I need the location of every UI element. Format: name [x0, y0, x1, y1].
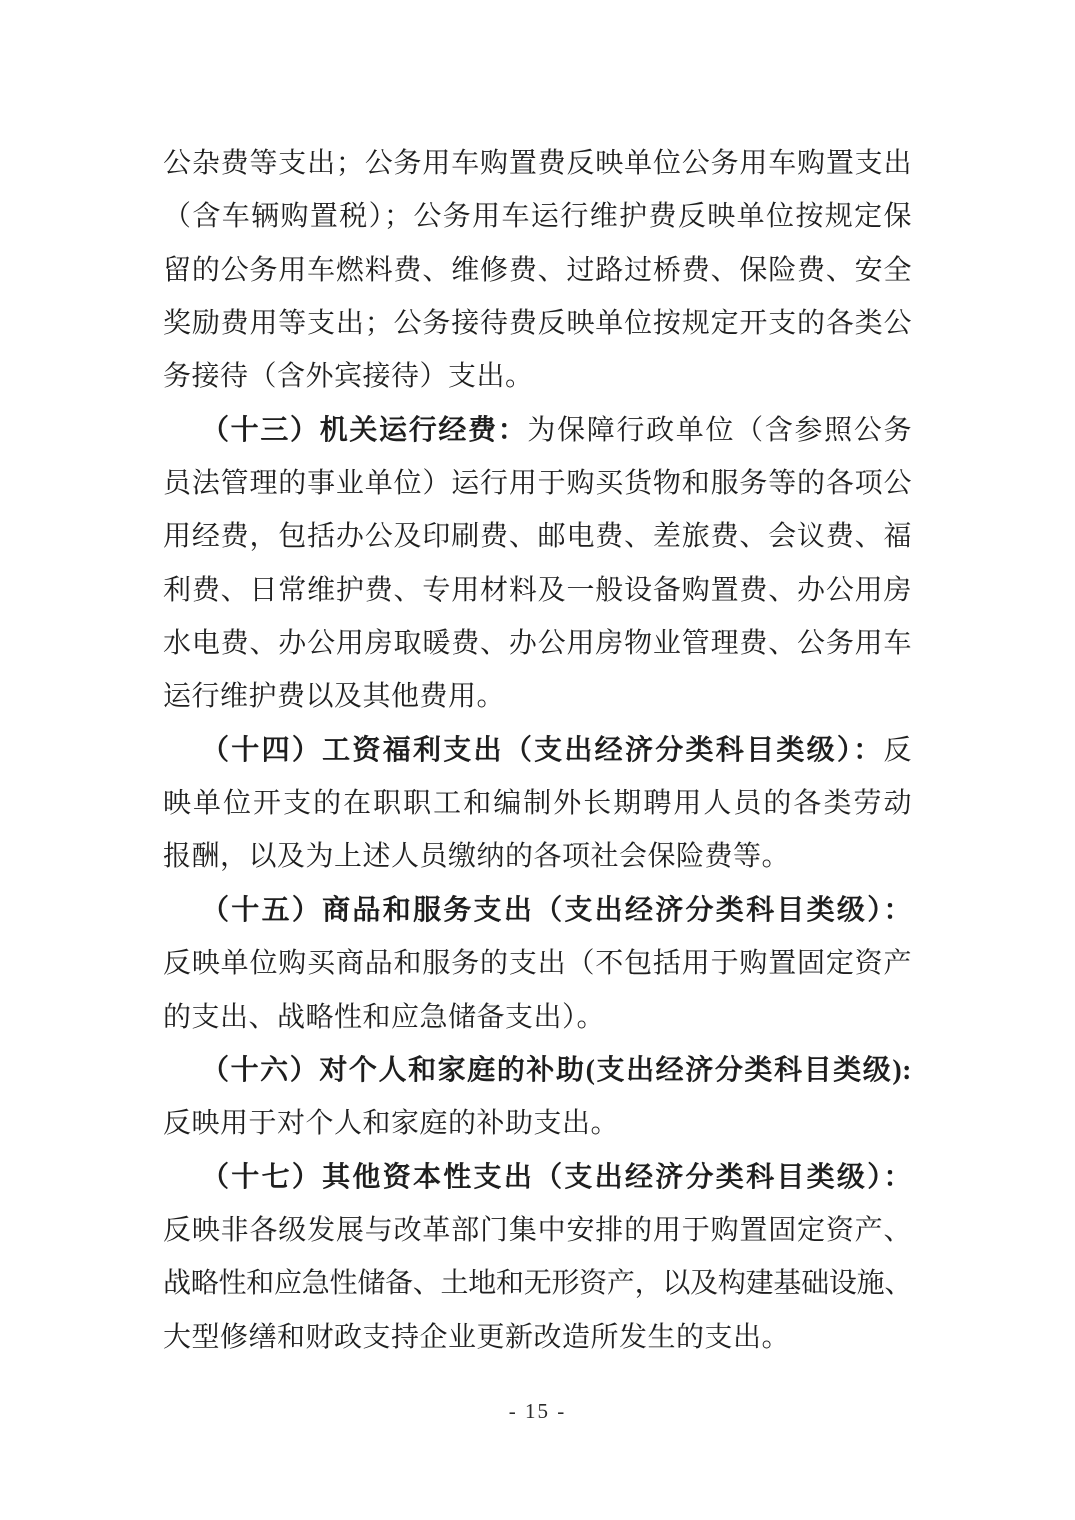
body-text: 奖励费用等支出；公务接待费反映单位按规定开支的各类公: [163, 308, 912, 339]
text-line: （十五）商品和服务支出（支出经济分类科目类级）：: [163, 884, 912, 937]
text-line: 公杂费等支出；公务用车购置费反映单位公务用车购置支出: [163, 137, 912, 190]
text-line: 用经费，包括办公及印刷费、邮电费、差旅费、会议费、福: [163, 510, 912, 563]
body-text: 利费、日常维护费、专用材料及一般设备购置费、办公用房: [163, 575, 912, 606]
body-text: 的支出、战略性和应急储备支出）。: [163, 1002, 605, 1033]
section-heading-text: （十五）商品和服务支出（支出经济分类科目类级）：: [201, 895, 912, 926]
document-page: 公杂费等支出；公务用车购置费反映单位公务用车购置支出（含车辆购置税）；公务用车运…: [0, 0, 1075, 1520]
text-line: （十四）工资福利支出（支出经济分类科目类级）：反: [163, 724, 912, 777]
body-text: 员法管理的事业单位）运行用于购买货物和服务等的各项公: [163, 468, 912, 499]
text-line: 反映用于对个人和家庭的补助支出。: [163, 1097, 912, 1150]
body-text: （含车辆购置税）；公务用车运行维护费反映单位按规定保: [163, 201, 912, 232]
text-line: 务接待（含外宾接待）支出。: [163, 350, 912, 403]
paragraph: 公杂费等支出；公务用车购置费反映单位公务用车购置支出（含车辆购置税）；公务用车运…: [163, 137, 912, 404]
body-text: 战略性和应急性储备、土地和无形资产，以及构建基础设施、: [163, 1268, 912, 1299]
text-line: 报酬，以及为上述人员缴纳的各项社会保险费等。: [163, 830, 912, 883]
section-heading-text: （十四）工资福利支出（支出经济分类科目类级）：: [201, 735, 883, 766]
text-line: 奖励费用等支出；公务接待费反映单位按规定开支的各类公: [163, 297, 912, 350]
text-line: （含车辆购置税）；公务用车运行维护费反映单位按规定保: [163, 190, 912, 243]
body-text: 报酬，以及为上述人员缴纳的各项社会保险费等。: [163, 841, 790, 872]
body-text: 运行维护费以及其他费用。: [163, 681, 505, 712]
body-text: 反映用于对个人和家庭的补助支出。: [163, 1108, 619, 1139]
body-text: 为保障行政单位（含参照公务: [527, 415, 912, 446]
body-text: 用经费，包括办公及印刷费、邮电费、差旅费、会议费、福: [163, 521, 912, 552]
page-number: - 15 -: [0, 1399, 1075, 1424]
text-line: （十六）对个人和家庭的补助(支出经济分类科目类级):: [163, 1044, 912, 1097]
body-text: 务接待（含外宾接待）支出。: [163, 361, 534, 392]
body-text: 映单位开支的在职职工和编制外长期聘用人员的各类劳动: [163, 788, 912, 819]
paragraph: （十五）商品和服务支出（支出经济分类科目类级）：反映单位购买商品和服务的支出（不…: [163, 884, 912, 1044]
text-line: 反映非各级发展与改革部门集中安排的用于购置固定资产、: [163, 1204, 912, 1257]
paragraph: （十四）工资福利支出（支出经济分类科目类级）：反映单位开支的在职职工和编制外长期…: [163, 724, 912, 884]
section-heading-text: （十六）对个人和家庭的补助(支出经济分类科目类级):: [201, 1055, 912, 1086]
text-line: 反映单位购买商品和服务的支出（不包括用于购置固定资产: [163, 937, 912, 990]
paragraph: （十六）对个人和家庭的补助(支出经济分类科目类级):反映用于对个人和家庭的补助支…: [163, 1044, 912, 1151]
text-line: 水电费、办公用房取暖费、办公用房物业管理费、公务用车: [163, 617, 912, 670]
body-text: 反: [883, 735, 912, 766]
body-text: 公杂费等支出；公务用车购置费反映单位公务用车购置支出: [163, 148, 912, 179]
document-body: 公杂费等支出；公务用车购置费反映单位公务用车购置支出（含车辆购置税）；公务用车运…: [163, 137, 912, 1364]
section-heading-text: （十七）其他资本性支出（支出经济分类科目类级）：: [201, 1162, 912, 1193]
text-line: 运行维护费以及其他费用。: [163, 670, 912, 723]
body-text: 留的公务用车燃料费、维修费、过路过桥费、保险费、安全: [163, 255, 912, 286]
text-line: 的支出、战略性和应急储备支出）。: [163, 991, 912, 1044]
text-line: 大型修缮和财政支持企业更新改造所发生的支出。: [163, 1311, 912, 1364]
text-line: 员法管理的事业单位）运行用于购买货物和服务等的各项公: [163, 457, 912, 510]
text-line: （十三）机关运行经费：为保障行政单位（含参照公务: [163, 404, 912, 457]
paragraph: （十七）其他资本性支出（支出经济分类科目类级）：反映非各级发展与改革部门集中安排…: [163, 1151, 912, 1364]
body-text: 反映非各级发展与改革部门集中安排的用于购置固定资产、: [163, 1215, 912, 1246]
text-line: 战略性和应急性储备、土地和无形资产，以及构建基础设施、: [163, 1257, 912, 1310]
body-text: 反映单位购买商品和服务的支出（不包括用于购置固定资产: [163, 948, 912, 979]
text-line: 利费、日常维护费、专用材料及一般设备购置费、办公用房: [163, 564, 912, 617]
text-line: 映单位开支的在职职工和编制外长期聘用人员的各类劳动: [163, 777, 912, 830]
paragraph: （十三）机关运行经费：为保障行政单位（含参照公务员法管理的事业单位）运行用于购买…: [163, 404, 912, 724]
body-text: 大型修缮和财政支持企业更新改造所发生的支出。: [163, 1322, 790, 1353]
text-line: 留的公务用车燃料费、维修费、过路过桥费、保险费、安全: [163, 244, 912, 297]
text-line: （十七）其他资本性支出（支出经济分类科目类级）：: [163, 1151, 912, 1204]
section-heading-text: （十三）机关运行经费：: [201, 415, 527, 446]
body-text: 水电费、办公用房取暖费、办公用房物业管理费、公务用车: [163, 628, 912, 659]
